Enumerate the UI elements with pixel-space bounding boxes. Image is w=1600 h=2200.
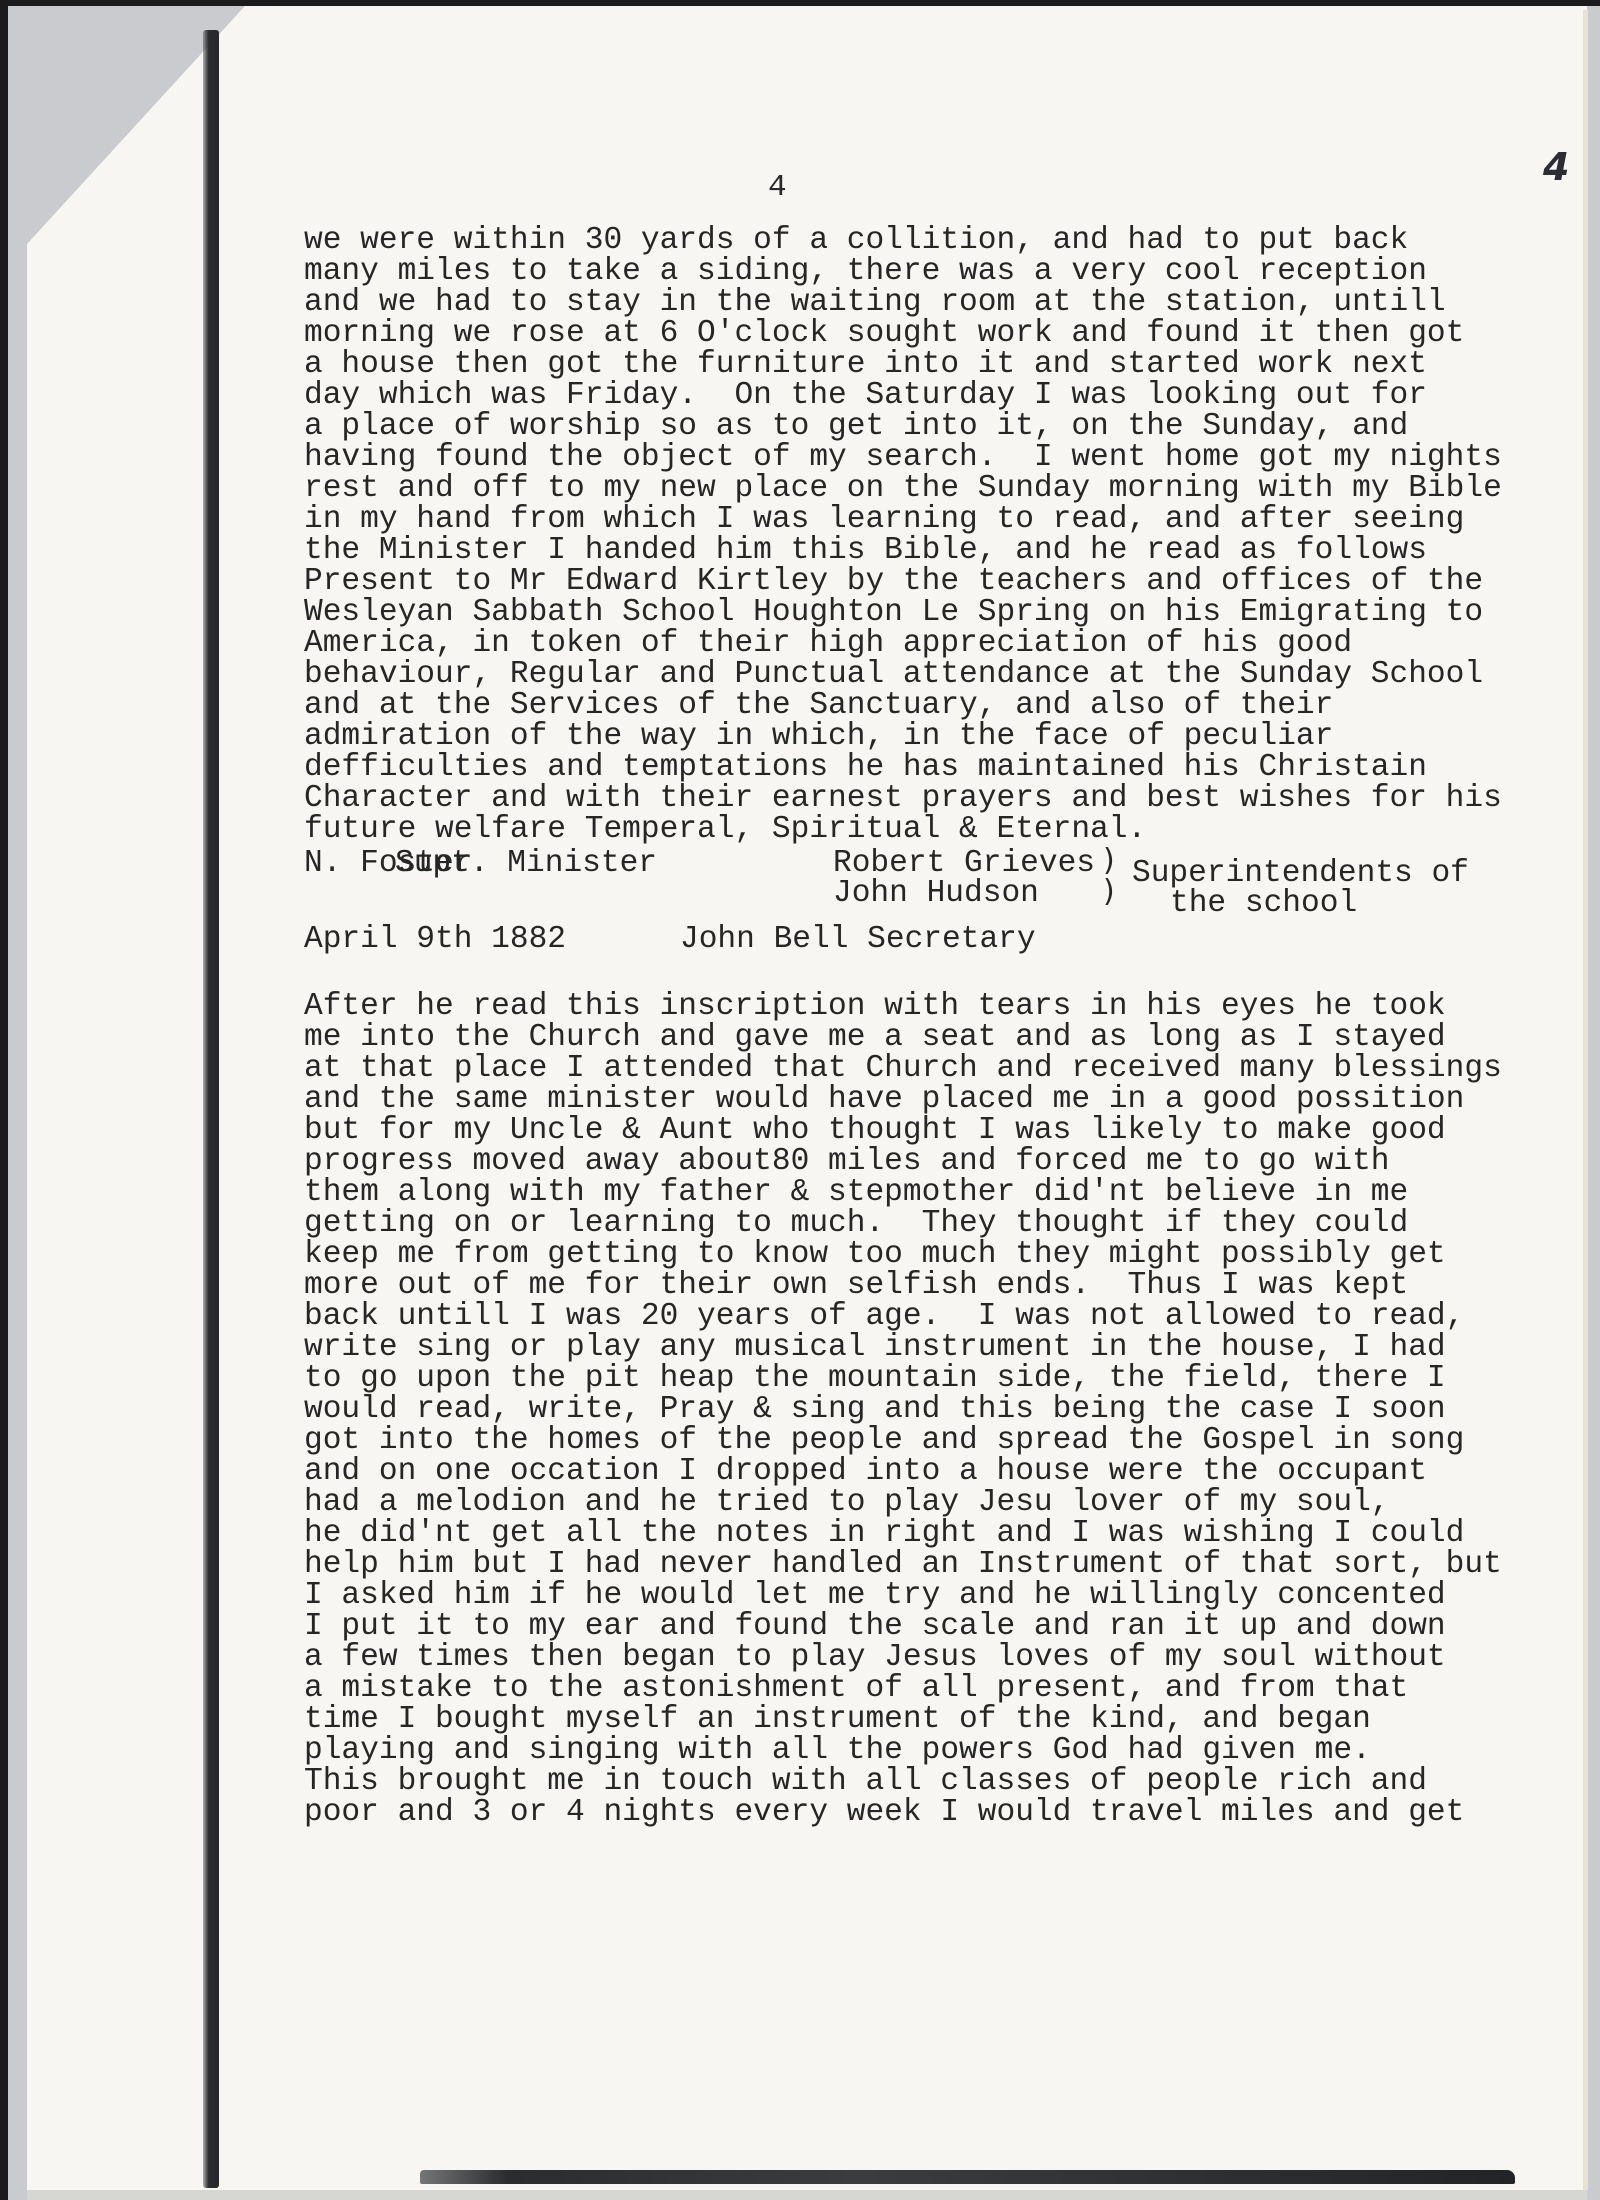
secretary: John Bell Secretary <box>680 924 1036 955</box>
text-line: in my hand from which I was learning to … <box>304 504 1464 535</box>
text-line: keep me from getting to know too much th… <box>304 1239 1446 1270</box>
text-line: a place of worship so as to get into it,… <box>304 411 1408 442</box>
text-line: America, in token of their high apprecia… <box>304 628 1352 659</box>
text-line: to go upon the pit heap the mountain sid… <box>304 1363 1446 1394</box>
text-line: This brought me in touch with all classe… <box>304 1766 1427 1797</box>
text-line: I asked him if he would let me try and h… <box>304 1580 1446 1611</box>
text-line: Character and with their earnest prayers… <box>304 783 1502 814</box>
text-line: rest and off to my new place on the Sund… <box>304 473 1502 504</box>
text-line: admiration of the way in which, in the f… <box>304 721 1333 752</box>
text-line: back untill I was 20 years of age. I was… <box>304 1301 1464 1332</box>
text-line: many miles to take a siding, there was a… <box>304 256 1427 287</box>
superintendents-label-2: the school <box>1170 888 1357 919</box>
text-line: them along with my father & stepmother d… <box>304 1177 1408 1208</box>
text-line: more out of me for their own selfish end… <box>304 1270 1408 1301</box>
brace-bottom: ) <box>1103 874 1115 909</box>
bottom-ink-smudge <box>420 2170 1515 2184</box>
text-line: future welfare Temperal, Spiritual & Ete… <box>304 814 1146 845</box>
text-line: poor and 3 or 4 nights every week I woul… <box>304 1797 1464 1828</box>
text-line: and the same minister would have placed … <box>304 1084 1464 1115</box>
text-line: he did'nt get all the notes in right and… <box>304 1518 1464 1549</box>
text-line: write sing or play any musical instrumen… <box>304 1332 1446 1363</box>
text-line: Present to Mr Edward Kirtley by the teac… <box>304 566 1483 597</box>
text-line: a house then got the furniture into it a… <box>304 349 1427 380</box>
text-line: but for my Uncle & Aunt who thought I wa… <box>304 1115 1446 1146</box>
scan-border-left <box>0 0 8 2200</box>
minister-title: Supt. Minister <box>395 848 657 879</box>
brace-top: ) <box>1103 843 1115 878</box>
text-line: help him but I had never handled an Inst… <box>304 1549 1502 1580</box>
margin-rule-line <box>203 30 219 2188</box>
text-line: progress moved away about80 miles and fo… <box>304 1146 1390 1177</box>
text-line: and at the Services of the Sanctuary, an… <box>304 690 1333 721</box>
text-line: behaviour, Regular and Punctual attendan… <box>304 659 1483 690</box>
text-line: had a melodion and he tried to play Jesu… <box>304 1487 1390 1518</box>
text-line: got into the homes of the people and spr… <box>304 1425 1464 1456</box>
text-line: having found the object of my search. I … <box>304 442 1502 473</box>
text-line: and we had to stay in the waiting room a… <box>304 287 1446 318</box>
text-line: we were within 30 yards of a collition, … <box>304 225 1408 256</box>
text-line: a mistake to the astonishment of all pre… <box>304 1673 1408 1704</box>
text-line: morning we rose at 6 O'clock sought work… <box>304 318 1464 349</box>
superintendents-label-1: Superintendents of <box>1132 858 1469 889</box>
superintendent-1: Robert Grieves <box>833 848 1095 879</box>
scan-border-top <box>0 0 1600 6</box>
signature-date: April 9th 1882 <box>304 924 566 955</box>
text-line: and on one occation I dropped into a hou… <box>304 1456 1427 1487</box>
text-line: would read, write, Pray & sing and this … <box>304 1394 1446 1425</box>
text-line: the Minister I handed him this Bible, an… <box>304 535 1427 566</box>
text-line: at that place I attended that Church and… <box>304 1053 1502 1084</box>
page-number: 4 <box>768 170 787 205</box>
text-line: playing and singing with all the powers … <box>304 1735 1371 1766</box>
handwritten-page-number: 4 <box>1543 145 1569 189</box>
page-bottom-edge <box>27 2190 1587 2200</box>
text-line: day which was Friday. On the Saturday I … <box>304 380 1427 411</box>
text-line: Wesleyan Sabbath School Houghton Le Spri… <box>304 597 1483 628</box>
text-line: time I bought myself an instrument of th… <box>304 1704 1371 1735</box>
text-line: defficulties and temptations he has main… <box>304 752 1427 783</box>
text-line: After he read this inscription with tear… <box>304 991 1446 1022</box>
text-line: getting on or learning to much. They tho… <box>304 1208 1408 1239</box>
text-line: me into the Church and gave me a seat an… <box>304 1022 1446 1053</box>
superintendent-2: John Hudson <box>833 878 1039 909</box>
text-line: a few times then began to play Jesus lov… <box>304 1642 1446 1673</box>
text-line: I put it to my ear and found the scale a… <box>304 1611 1446 1642</box>
page-right-edge <box>1583 10 1588 2190</box>
